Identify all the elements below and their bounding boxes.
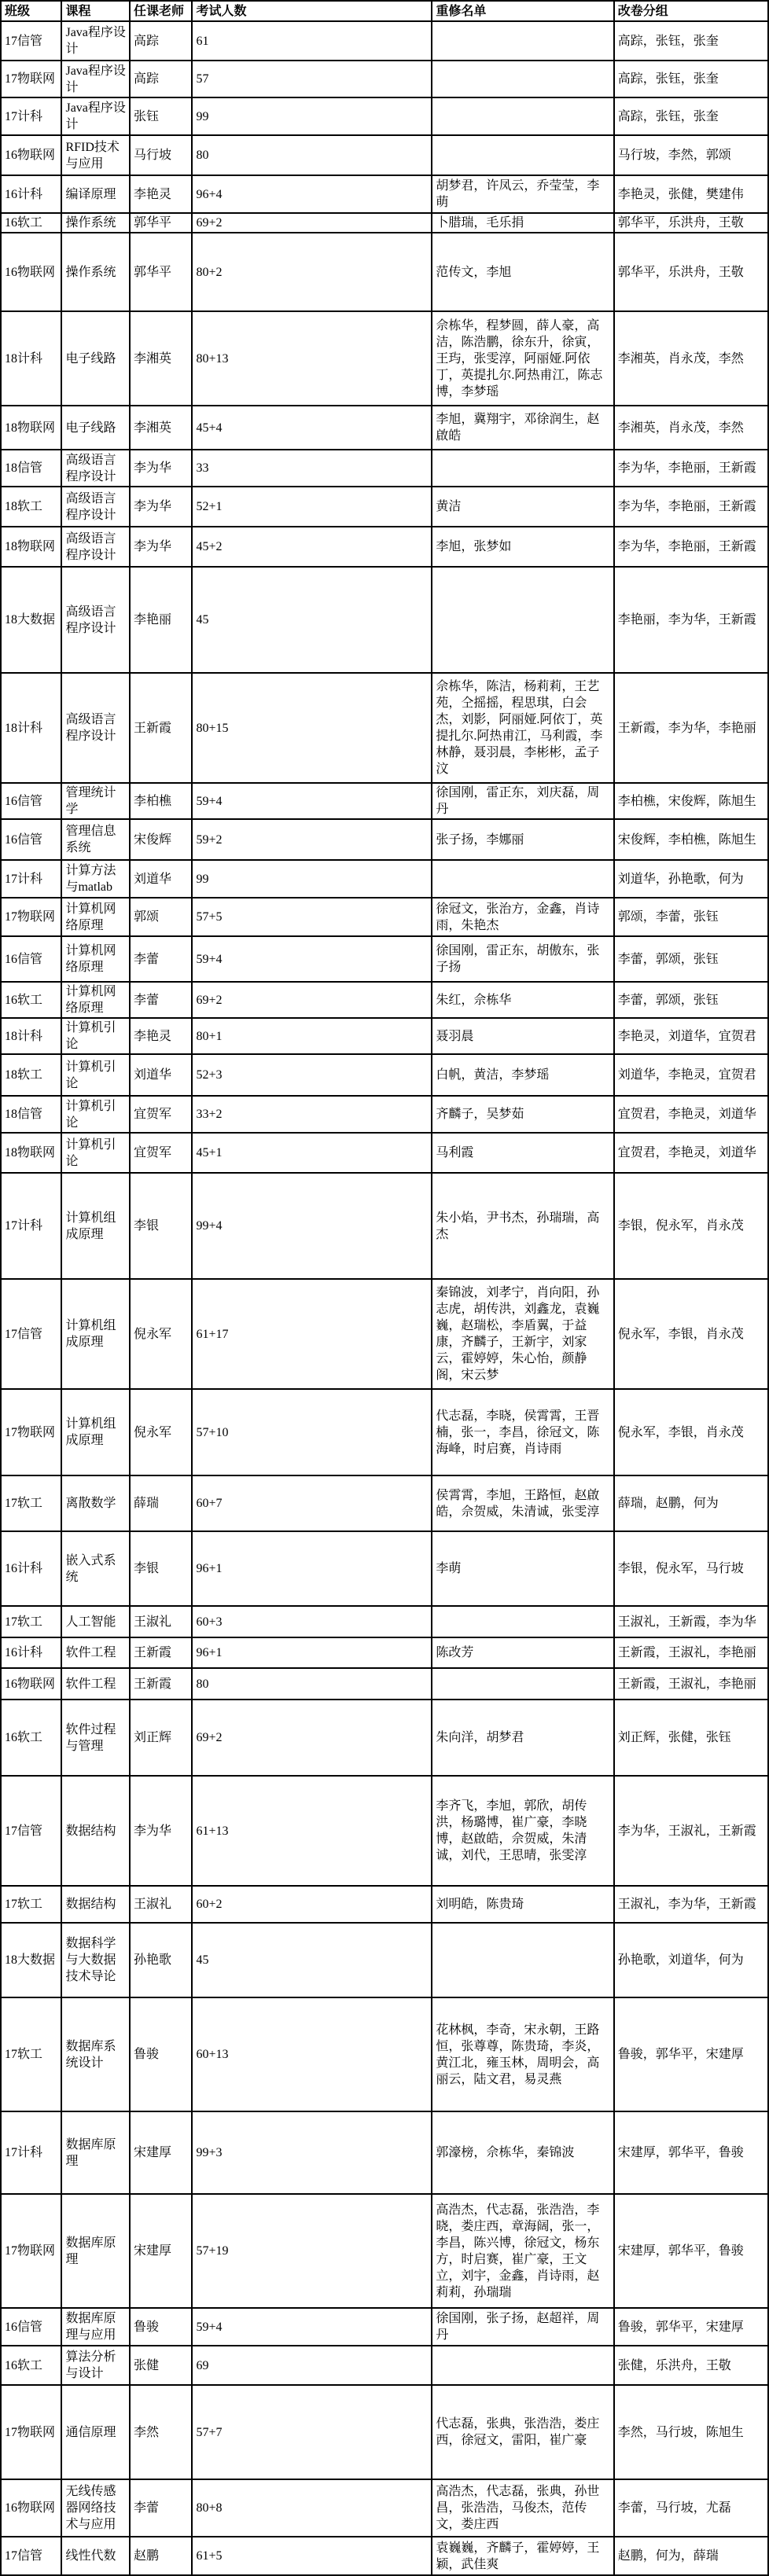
cell-retake: 秦锦波，刘孝宁，肖向阳，孙志虎，胡传洪，刘鑫龙，袁巍巍，赵瑞松，李盾翼，于益康，… bbox=[432, 1279, 613, 1389]
cell-count: 57+7 bbox=[192, 2385, 432, 2479]
cell-graders: 高踪，张钰，张奎 bbox=[614, 21, 768, 61]
cell-course: 计算机组成原理 bbox=[61, 1279, 130, 1389]
cell-course: Java程序设计 bbox=[61, 97, 130, 135]
cell-class: 18大数据 bbox=[1, 567, 61, 673]
cell-graders: 李银，倪永军，马行坡 bbox=[614, 1531, 768, 1606]
cell-retake: 徐国刚，雷正东，胡傲东，张子扬 bbox=[432, 936, 613, 982]
cell-count: 99+3 bbox=[192, 2111, 432, 2194]
cell-count: 60+3 bbox=[192, 1606, 432, 1637]
cell-graders: 宜贺君，李艳灵，刘道华 bbox=[614, 1133, 768, 1173]
cell-retake bbox=[432, 21, 613, 61]
col-header-course: 课程 bbox=[61, 1, 130, 21]
cell-graders: 王新霞，李为华，李艳丽 bbox=[614, 673, 768, 783]
cell-teacher: 宋建厚 bbox=[130, 2111, 192, 2194]
table-row: 18计科电子线路李湘英80+13佘栋华，程梦圆，薛人豪，高洁，陈浩鹏，徐东升，徐… bbox=[1, 311, 768, 406]
cell-course: 编译原理 bbox=[61, 175, 130, 213]
cell-class: 17信管 bbox=[1, 21, 61, 61]
cell-teacher: 张健 bbox=[130, 2346, 192, 2385]
cell-class: 17软工 bbox=[1, 1475, 61, 1531]
col-header-class: 班级 bbox=[1, 1, 61, 21]
cell-retake bbox=[432, 450, 613, 487]
cell-teacher: 郭华平 bbox=[130, 213, 192, 233]
table-row: 17物联网计算机网络原理郭颂57+5徐冠文，张治方，金鑫，肖诗雨，朱艳杰郭颂，李… bbox=[1, 898, 768, 936]
cell-class: 18软工 bbox=[1, 487, 61, 527]
cell-teacher: 李艳灵 bbox=[130, 1018, 192, 1054]
table-row: 18软工高级语言程序设计李为华52+1黄洁李为华，李艳丽，王新霞 bbox=[1, 487, 768, 527]
col-header-grading-group: 改卷分组 bbox=[614, 1, 768, 21]
cell-course: 离散数学 bbox=[61, 1475, 130, 1531]
cell-course: 高级语言程序设计 bbox=[61, 527, 130, 567]
cell-class: 18信管 bbox=[1, 450, 61, 487]
cell-course: 线性代数 bbox=[61, 2537, 130, 2575]
cell-retake: 代志磊，李晓，侯霄霄，王晋楠，张一，李昌，徐冠文，陈海峰，时启赛，肖诗雨 bbox=[432, 1389, 613, 1475]
cell-graders: 倪永军，李银，肖永茂 bbox=[614, 1279, 768, 1389]
cell-class: 18物联网 bbox=[1, 527, 61, 567]
cell-count: 45+2 bbox=[192, 527, 432, 567]
cell-graders: 李银，倪永军，肖永茂 bbox=[614, 1173, 768, 1279]
table-row: 18物联网计算机引论宜贺军45+1马利霞宜贺君，李艳灵，刘道华 bbox=[1, 1133, 768, 1173]
cell-count: 45 bbox=[192, 567, 432, 673]
cell-course: 数据结构 bbox=[61, 1886, 130, 1923]
cell-graders: 王淑礼，李为华，王新霞 bbox=[614, 1886, 768, 1923]
cell-retake: 花林枫，李奇，宋永朝，王路恒，张尊尊，陈贵琦，李炎，黄江北，雍玉林，周明会，高丽… bbox=[432, 1997, 613, 2111]
cell-course: 管理统计学 bbox=[61, 783, 130, 819]
table-row: 17计科Java程序设计张钰99高踪，张钰，张奎 bbox=[1, 97, 768, 135]
table-row: 16计科嵌入式系统李银96+1李萌李银，倪永军，马行坡 bbox=[1, 1531, 768, 1606]
table-row: 18计科计算机引论李艳灵80+1聂羽晨李艳灵，刘道华，宜贺君 bbox=[1, 1018, 768, 1054]
cell-retake: 高浩杰，代志磊，张典，孙世昌，张浩浩，马俊杰，范传文，娄庄西 bbox=[432, 2479, 613, 2537]
grading-assignment-table: 班级 课程 任课老师 考试人数 重修名单 改卷分组 17信管Java程序设计高踪… bbox=[0, 0, 769, 2576]
table-row: 16计科软件工程王新霞96+1陈改芳王新霞，王淑礼，李艳丽 bbox=[1, 1637, 768, 1668]
table-row: 18计科高级语言程序设计王新霞80+15佘栋华，陈洁，杨莉莉，王艺苑，仝摇摇，程… bbox=[1, 673, 768, 783]
table-row: 16信管数据库原理与应用鲁骏59+4徐国刚，张子扬，赵超祥，周丹鲁骏，郭华平，宋… bbox=[1, 2308, 768, 2346]
cell-retake: 李萌 bbox=[432, 1531, 613, 1606]
cell-course: 计算机引论 bbox=[61, 1096, 130, 1133]
table-row: 16信管计算机网络原理李蕾59+4徐国刚，雷正东，胡傲东，张子扬李蕾，郭颂，张钰 bbox=[1, 936, 768, 982]
cell-course: 操作系统 bbox=[61, 233, 130, 311]
cell-graders: 王新霞，王淑礼，李艳丽 bbox=[614, 1637, 768, 1668]
cell-class: 17计科 bbox=[1, 2111, 61, 2194]
cell-count: 69+2 bbox=[192, 213, 432, 233]
cell-count: 57+10 bbox=[192, 1389, 432, 1475]
cell-class: 17物联网 bbox=[1, 2385, 61, 2479]
cell-course: 计算机组成原理 bbox=[61, 1389, 130, 1475]
cell-graders: 刘正辉，张健，张钰 bbox=[614, 1700, 768, 1776]
cell-count: 60+13 bbox=[192, 1997, 432, 2111]
cell-course: 算法分析与设计 bbox=[61, 2346, 130, 2385]
cell-teacher: 王淑礼 bbox=[130, 1886, 192, 1923]
cell-class: 18大数据 bbox=[1, 1923, 61, 1997]
cell-count: 99 bbox=[192, 860, 432, 898]
table-row: 17信管数据结构李为华61+13李齐飞，李旭，郭欣，胡传洪，杨璐博，崔广豪，李晓… bbox=[1, 1776, 768, 1886]
cell-class: 16物联网 bbox=[1, 135, 61, 175]
cell-count: 96+4 bbox=[192, 175, 432, 213]
cell-count: 99+4 bbox=[192, 1173, 432, 1279]
cell-teacher: 李为华 bbox=[130, 527, 192, 567]
cell-class: 17信管 bbox=[1, 2537, 61, 2575]
cell-teacher: 孙艳歌 bbox=[130, 1923, 192, 1997]
cell-retake: 李旭，冀翔宇，邓徐润生，赵啟皓 bbox=[432, 406, 613, 450]
cell-graders: 宋建厚，郭华平，鲁骏 bbox=[614, 2194, 768, 2308]
cell-count: 80+13 bbox=[192, 311, 432, 406]
cell-class: 18计科 bbox=[1, 673, 61, 783]
table-row: 18物联网高级语言程序设计李为华45+2李旭，张梦如李为华，李艳丽，王新霞 bbox=[1, 527, 768, 567]
cell-class: 17物联网 bbox=[1, 61, 61, 97]
cell-teacher: 郭颂 bbox=[130, 898, 192, 936]
table-row: 16物联网无线传感器网络技术与应用李蕾80+8高浩杰，代志磊，张典，孙世昌，张浩… bbox=[1, 2479, 768, 2537]
table-row: 16物联网RFID技术与应用马行坡80马行坡，李然，郭颂 bbox=[1, 135, 768, 175]
cell-course: 计算机引论 bbox=[61, 1133, 130, 1173]
cell-course: 数据库原理 bbox=[61, 2194, 130, 2308]
cell-course: Java程序设计 bbox=[61, 21, 130, 61]
cell-retake: 侯霄霄，李旭，王路恒，赵啟皓，佘贺威，朱清诚，张雯淳 bbox=[432, 1475, 613, 1531]
cell-retake: 张子扬，李娜丽 bbox=[432, 819, 613, 860]
cell-course: 数据库系统设计 bbox=[61, 1997, 130, 2111]
cell-graders: 李蕾，郭颂，张钰 bbox=[614, 982, 768, 1018]
cell-course: 管理信息系统 bbox=[61, 819, 130, 860]
table-row: 18软工计算机引论刘道华52+3白帆，黄洁，李梦瑶刘道华，李艳灵，宜贺君 bbox=[1, 1054, 768, 1096]
cell-retake: 朱向洋，胡梦君 bbox=[432, 1700, 613, 1776]
table-row: 18物联网电子线路李湘英45+4李旭，冀翔宇，邓徐润生，赵啟皓李湘英，肖永茂，李… bbox=[1, 406, 768, 450]
cell-course: 高级语言程序设计 bbox=[61, 567, 130, 673]
cell-count: 69+2 bbox=[192, 982, 432, 1018]
table-row: 17信管Java程序设计高踪61高踪，张钰，张奎 bbox=[1, 21, 768, 61]
cell-retake bbox=[432, 860, 613, 898]
table-row: 17物联网数据库原理宋建厚57+19高浩杰，代志磊，张浩浩，李晓，娄庄西，章海阔… bbox=[1, 2194, 768, 2308]
cell-retake: 高浩杰，代志磊，张浩浩，李晓，娄庄西，章海阔，张一，李昌，陈兴博，徐冠文，杨东方… bbox=[432, 2194, 613, 2308]
cell-teacher: 马行坡 bbox=[130, 135, 192, 175]
cell-graders: 薛瑞，赵鹏，何为 bbox=[614, 1475, 768, 1531]
cell-course: 人工智能 bbox=[61, 1606, 130, 1637]
cell-course: 计算机网络原理 bbox=[61, 936, 130, 982]
cell-count: 61+13 bbox=[192, 1776, 432, 1886]
cell-class: 16信管 bbox=[1, 2308, 61, 2346]
table-row: 18大数据数据科学与大数据技术导论孙艳歌45孙艳歌，刘道华，何为 bbox=[1, 1923, 768, 1997]
table-row: 17计科计算方法与matlab刘道华99刘道华，孙艳歌，何为 bbox=[1, 860, 768, 898]
cell-course: 高级语言程序设计 bbox=[61, 673, 130, 783]
cell-retake: 马利霞 bbox=[432, 1133, 613, 1173]
cell-count: 61+5 bbox=[192, 2537, 432, 2575]
cell-graders: 李为华，李艳丽，王新霞 bbox=[614, 450, 768, 487]
cell-count: 60+2 bbox=[192, 1886, 432, 1923]
cell-teacher: 李艳灵 bbox=[130, 175, 192, 213]
cell-retake bbox=[432, 2346, 613, 2385]
cell-class: 17计科 bbox=[1, 860, 61, 898]
cell-graders: 李艳灵，张健，樊建伟 bbox=[614, 175, 768, 213]
table-row: 17软工离散数学薛瑞60+7侯霄霄，李旭，王路恒，赵啟皓，佘贺威，朱清诚，张雯淳… bbox=[1, 1475, 768, 1531]
cell-graders: 宋建厚，郭华平，鲁骏 bbox=[614, 2111, 768, 2194]
cell-retake: 朱小焰，尹书杰，孙瑞瑞，高杰 bbox=[432, 1173, 613, 1279]
cell-retake: 齐麟子，吴梦茹 bbox=[432, 1096, 613, 1133]
cell-teacher: 倪永军 bbox=[130, 1389, 192, 1475]
cell-teacher: 李蕾 bbox=[130, 982, 192, 1018]
table-row: 17计科计算机组成原理李银99+4朱小焰，尹书杰，孙瑞瑞，高杰李银，倪永军，肖永… bbox=[1, 1173, 768, 1279]
cell-course: 数据库原理与应用 bbox=[61, 2308, 130, 2346]
cell-teacher: 李柏樵 bbox=[130, 783, 192, 819]
cell-graders: 李湘英，肖永茂，李然 bbox=[614, 406, 768, 450]
cell-count: 59+4 bbox=[192, 2308, 432, 2346]
table-row: 17物联网通信原理李然57+7代志磊，张典，张浩浩，娄庄西，徐冠文，雷阳，崔广豪… bbox=[1, 2385, 768, 2479]
cell-class: 16物联网 bbox=[1, 1668, 61, 1700]
cell-class: 17信管 bbox=[1, 1776, 61, 1886]
cell-course: 软件工程 bbox=[61, 1668, 130, 1700]
cell-graders: 王新霞，王淑礼，李艳丽 bbox=[614, 1668, 768, 1700]
cell-graders: 高踪，张钰，张奎 bbox=[614, 61, 768, 97]
cell-count: 80 bbox=[192, 135, 432, 175]
cell-course: 计算方法与matlab bbox=[61, 860, 130, 898]
cell-graders: 刘道华，李艳灵，宜贺君 bbox=[614, 1054, 768, 1096]
cell-count: 33+2 bbox=[192, 1096, 432, 1133]
cell-graders: 郭颂，李蕾，张钰 bbox=[614, 898, 768, 936]
cell-course: 软件工程 bbox=[61, 1637, 130, 1668]
col-header-exam-count: 考试人数 bbox=[192, 1, 432, 21]
cell-retake bbox=[432, 61, 613, 97]
cell-count: 52+3 bbox=[192, 1054, 432, 1096]
cell-retake: 代志磊，张典，张浩浩，娄庄西，徐冠文，雷阳，崔广豪 bbox=[432, 2385, 613, 2479]
cell-course: 计算机网络原理 bbox=[61, 982, 130, 1018]
cell-graders: 高踪，张钰，张奎 bbox=[614, 97, 768, 135]
cell-class: 17物联网 bbox=[1, 2194, 61, 2308]
cell-teacher: 李为华 bbox=[130, 487, 192, 527]
table-row: 17软工人工智能王淑礼60+3王淑礼，王新霞，李为华 bbox=[1, 1606, 768, 1637]
cell-count: 80+8 bbox=[192, 2479, 432, 2537]
cell-course: 数据库原理 bbox=[61, 2111, 130, 2194]
cell-retake: 聂羽晨 bbox=[432, 1018, 613, 1054]
cell-teacher: 李为华 bbox=[130, 450, 192, 487]
cell-count: 96+1 bbox=[192, 1637, 432, 1668]
cell-retake bbox=[432, 567, 613, 673]
cell-retake: 范传文，李旭 bbox=[432, 233, 613, 311]
cell-course: 软件过程与管理 bbox=[61, 1700, 130, 1776]
cell-count: 96+1 bbox=[192, 1531, 432, 1606]
cell-count: 33 bbox=[192, 450, 432, 487]
cell-count: 45 bbox=[192, 1923, 432, 1997]
table-row: 17物联网计算机组成原理倪永军57+10代志磊，李晓，侯霄霄，王晋楠，张一，李昌… bbox=[1, 1389, 768, 1475]
cell-retake: 郭濠榜，佘栋华，秦锦波 bbox=[432, 2111, 613, 2194]
cell-graders: 李蕾，马行坡，尤磊 bbox=[614, 2479, 768, 2537]
cell-teacher: 王新霞 bbox=[130, 1668, 192, 1700]
cell-retake: 徐国刚，张子扬，赵超祥，周丹 bbox=[432, 2308, 613, 2346]
cell-class: 16计科 bbox=[1, 1637, 61, 1668]
cell-count: 52+1 bbox=[192, 487, 432, 527]
cell-graders: 李为华，李艳丽，王新霞 bbox=[614, 487, 768, 527]
cell-graders: 郭华平，乐洪舟，王敬 bbox=[614, 233, 768, 311]
cell-class: 16软工 bbox=[1, 213, 61, 233]
cell-count: 69 bbox=[192, 2346, 432, 2385]
table-row: 16软工操作系统郭华平69+2卜腊瑞，毛乐捐郭华平，乐洪舟，王敬 bbox=[1, 213, 768, 233]
cell-retake: 朱红，佘栋华 bbox=[432, 982, 613, 1018]
table-row: 18信管计算机引论宜贺军33+2齐麟子，吴梦茹宜贺君，李艳灵，刘道华 bbox=[1, 1096, 768, 1133]
cell-retake bbox=[432, 97, 613, 135]
table-row: 17软工数据库系统设计鲁骏60+13花林枫，李奇，宋永朝，王路恒，张尊尊，陈贵琦… bbox=[1, 1997, 768, 2111]
cell-count: 57 bbox=[192, 61, 432, 97]
cell-graders: 鲁骏，郭华平，宋建厚 bbox=[614, 1997, 768, 2111]
cell-course: 高级语言程序设计 bbox=[61, 450, 130, 487]
cell-teacher: 宋俊辉 bbox=[130, 819, 192, 860]
cell-class: 18物联网 bbox=[1, 1133, 61, 1173]
cell-count: 99 bbox=[192, 97, 432, 135]
cell-graders: 刘道华，孙艳歌，何为 bbox=[614, 860, 768, 898]
cell-teacher: 李银 bbox=[130, 1531, 192, 1606]
cell-class: 18软工 bbox=[1, 1054, 61, 1096]
cell-graders: 鲁骏，郭华平，宋建厚 bbox=[614, 2308, 768, 2346]
cell-count: 80 bbox=[192, 1668, 432, 1700]
cell-retake: 徐国刚，雷正东，刘庆磊，周丹 bbox=[432, 783, 613, 819]
cell-retake: 刘明皓，陈贵琦 bbox=[432, 1886, 613, 1923]
cell-teacher: 王新霞 bbox=[130, 673, 192, 783]
cell-graders: 李为华，李艳丽，王新霞 bbox=[614, 527, 768, 567]
cell-count: 80+15 bbox=[192, 673, 432, 783]
cell-count: 60+7 bbox=[192, 1475, 432, 1531]
cell-class: 16软工 bbox=[1, 2346, 61, 2385]
cell-teacher: 王淑礼 bbox=[130, 1606, 192, 1637]
cell-class: 18信管 bbox=[1, 1096, 61, 1133]
cell-course: 数据结构 bbox=[61, 1776, 130, 1886]
cell-graders: 宋俊辉，李柏樵，陈旭生 bbox=[614, 819, 768, 860]
cell-class: 16计科 bbox=[1, 1531, 61, 1606]
table-row: 17信管计算机组成原理倪永军61+17秦锦波，刘孝宁，肖向阳，孙志虎，胡传洪，刘… bbox=[1, 1279, 768, 1389]
cell-teacher: 倪永军 bbox=[130, 1279, 192, 1389]
cell-teacher: 李艳丽 bbox=[130, 567, 192, 673]
cell-teacher: 李然 bbox=[130, 2385, 192, 2479]
cell-teacher: 宜贺军 bbox=[130, 1133, 192, 1173]
table-row: 16软工软件过程与管理刘正辉69+2朱向洋，胡梦君刘正辉，张健，张钰 bbox=[1, 1700, 768, 1776]
cell-retake bbox=[432, 1668, 613, 1700]
cell-class: 18计科 bbox=[1, 311, 61, 406]
table-row: 16信管管理统计学李柏樵59+4徐国刚，雷正东，刘庆磊，周丹李柏樵，宋俊辉，陈旭… bbox=[1, 783, 768, 819]
cell-teacher: 王新霞 bbox=[130, 1637, 192, 1668]
cell-class: 17物联网 bbox=[1, 1389, 61, 1475]
table-row: 16软工算法分析与设计张健69张健，乐洪舟，王敬 bbox=[1, 2346, 768, 2385]
cell-graders: 赵鹏，何为，薛瑞 bbox=[614, 2537, 768, 2575]
cell-graders: 李艳灵，刘道华，宜贺君 bbox=[614, 1018, 768, 1054]
cell-count: 59+4 bbox=[192, 936, 432, 982]
cell-graders: 李然，马行坡，陈旭生 bbox=[614, 2385, 768, 2479]
cell-retake: 黄洁 bbox=[432, 487, 613, 527]
cell-course: 通信原理 bbox=[61, 2385, 130, 2479]
cell-retake bbox=[432, 1923, 613, 1997]
cell-teacher: 薛瑞 bbox=[130, 1475, 192, 1531]
cell-teacher: 赵鹏 bbox=[130, 2537, 192, 2575]
cell-course: 数据科学与大数据技术导论 bbox=[61, 1923, 130, 1997]
cell-retake: 陈改芳 bbox=[432, 1637, 613, 1668]
cell-count: 45+1 bbox=[192, 1133, 432, 1173]
cell-teacher: 李蕾 bbox=[130, 936, 192, 982]
cell-count: 61+17 bbox=[192, 1279, 432, 1389]
cell-class: 17软工 bbox=[1, 1606, 61, 1637]
table-row: 16信管管理信息系统宋俊辉59+2张子扬，李娜丽宋俊辉，李柏樵，陈旭生 bbox=[1, 819, 768, 860]
cell-teacher: 刘正辉 bbox=[130, 1700, 192, 1776]
cell-retake: 卜腊瑞，毛乐捐 bbox=[432, 213, 613, 233]
table-row: 16物联网软件工程王新霞80王新霞，王淑礼，李艳丽 bbox=[1, 1668, 768, 1700]
cell-course: 无线传感器网络技术与应用 bbox=[61, 2479, 130, 2537]
cell-course: 计算机组成原理 bbox=[61, 1173, 130, 1279]
cell-class: 16信管 bbox=[1, 783, 61, 819]
cell-class: 17软工 bbox=[1, 1997, 61, 2111]
cell-course: 计算机网络原理 bbox=[61, 898, 130, 936]
table-row: 18大数据高级语言程序设计李艳丽45李艳丽，李为华，王新霞 bbox=[1, 567, 768, 673]
cell-graders: 王淑礼，王新霞，李为华 bbox=[614, 1606, 768, 1637]
cell-retake: 白帆，黄洁，李梦瑶 bbox=[432, 1054, 613, 1096]
cell-teacher: 李湘英 bbox=[130, 311, 192, 406]
cell-teacher: 李湘英 bbox=[130, 406, 192, 450]
cell-class: 16计科 bbox=[1, 175, 61, 213]
table-row: 18信管高级语言程序设计李为华33李为华，李艳丽，王新霞 bbox=[1, 450, 768, 487]
cell-graders: 李湘英，肖永茂，李然 bbox=[614, 311, 768, 406]
cell-graders: 李为华，王淑礼，王新霞 bbox=[614, 1776, 768, 1886]
table-row: 16计科编译原理李艳灵96+4胡梦君，许凤云，乔莹莹，李萌李艳灵，张健，樊建伟 bbox=[1, 175, 768, 213]
table-row: 16软工计算机网络原理李蕾69+2朱红，佘栋华李蕾，郭颂，张钰 bbox=[1, 982, 768, 1018]
cell-class: 17计科 bbox=[1, 1173, 61, 1279]
cell-course: 计算机引论 bbox=[61, 1054, 130, 1096]
cell-teacher: 高踪 bbox=[130, 61, 192, 97]
cell-graders: 李艳丽，李为华，王新霞 bbox=[614, 567, 768, 673]
cell-course: 电子线路 bbox=[61, 311, 130, 406]
cell-class: 16软工 bbox=[1, 1700, 61, 1776]
cell-count: 57+5 bbox=[192, 898, 432, 936]
table-row: 16物联网操作系统郭华平80+2范传文，李旭郭华平，乐洪舟，王敬 bbox=[1, 233, 768, 311]
cell-class: 16软工 bbox=[1, 982, 61, 1018]
cell-graders: 张健，乐洪舟，王敬 bbox=[614, 2346, 768, 2385]
cell-retake: 李齐飞，李旭，郭欣，胡传洪，杨璐博，崔广豪，李晓博，赵啟皓，佘贺威，朱清诚，刘代… bbox=[432, 1776, 613, 1886]
cell-course: 嵌入式系统 bbox=[61, 1531, 130, 1606]
cell-course: 计算机引论 bbox=[61, 1018, 130, 1054]
grading-table-sheet: 班级 课程 任课老师 考试人数 重修名单 改卷分组 17信管Java程序设计高踪… bbox=[0, 0, 769, 2576]
cell-course: 电子线路 bbox=[61, 406, 130, 450]
cell-teacher: 李银 bbox=[130, 1173, 192, 1279]
cell-count: 61 bbox=[192, 21, 432, 61]
cell-teacher: 宋建厚 bbox=[130, 2194, 192, 2308]
cell-course: 操作系统 bbox=[61, 213, 130, 233]
cell-class: 17物联网 bbox=[1, 898, 61, 936]
cell-class: 17信管 bbox=[1, 1279, 61, 1389]
cell-count: 59+2 bbox=[192, 819, 432, 860]
cell-course: Java程序设计 bbox=[61, 61, 130, 97]
cell-retake: 袁巍巍，齐麟子，霍婷婷，王颖，武佳爽 bbox=[432, 2537, 613, 2575]
cell-graders: 孙艳歌，刘道华，何为 bbox=[614, 1923, 768, 1997]
table-row: 17计科数据库原理宋建厚99+3郭濠榜，佘栋华，秦锦波宋建厚，郭华平，鲁骏 bbox=[1, 2111, 768, 2194]
cell-retake: 李旭，张梦如 bbox=[432, 527, 613, 567]
cell-graders: 李柏樵，宋俊辉，陈旭生 bbox=[614, 783, 768, 819]
cell-count: 80+2 bbox=[192, 233, 432, 311]
header-row: 班级 课程 任课老师 考试人数 重修名单 改卷分组 bbox=[1, 1, 768, 21]
cell-retake: 佘栋华，程梦圆，薛人豪，高洁，陈浩鹏，徐东升，徐寅，王玙，张雯淳，阿丽娅.阿依丁… bbox=[432, 311, 613, 406]
cell-class: 16物联网 bbox=[1, 233, 61, 311]
cell-class: 18计科 bbox=[1, 1018, 61, 1054]
cell-graders: 马行坡，李然，郭颂 bbox=[614, 135, 768, 175]
cell-count: 80+1 bbox=[192, 1018, 432, 1054]
cell-count: 59+4 bbox=[192, 783, 432, 819]
cell-retake bbox=[432, 135, 613, 175]
table-row: 17信管线性代数赵鹏61+5袁巍巍，齐麟子，霍婷婷，王颖，武佳爽赵鹏，何为，薛瑞 bbox=[1, 2537, 768, 2575]
cell-graders: 倪永军，李银，肖永茂 bbox=[614, 1389, 768, 1475]
cell-graders: 郭华平，乐洪舟，王敬 bbox=[614, 213, 768, 233]
cell-teacher: 宜贺军 bbox=[130, 1096, 192, 1133]
cell-teacher: 鲁骏 bbox=[130, 1997, 192, 2111]
cell-graders: 宜贺君，李艳灵，刘道华 bbox=[614, 1096, 768, 1133]
cell-class: 17软工 bbox=[1, 1886, 61, 1923]
cell-count: 45+4 bbox=[192, 406, 432, 450]
cell-count: 69+2 bbox=[192, 1700, 432, 1776]
cell-class: 16信管 bbox=[1, 819, 61, 860]
cell-course: 高级语言程序设计 bbox=[61, 487, 130, 527]
cell-count: 57+19 bbox=[192, 2194, 432, 2308]
cell-retake: 胡梦君，许凤云，乔莹莹，李萌 bbox=[432, 175, 613, 213]
cell-teacher: 刘道华 bbox=[130, 860, 192, 898]
cell-teacher: 郭华平 bbox=[130, 233, 192, 311]
table-row: 17软工数据结构王淑礼60+2刘明皓，陈贵琦王淑礼，李为华，王新霞 bbox=[1, 1886, 768, 1923]
cell-course: RFID技术与应用 bbox=[61, 135, 130, 175]
